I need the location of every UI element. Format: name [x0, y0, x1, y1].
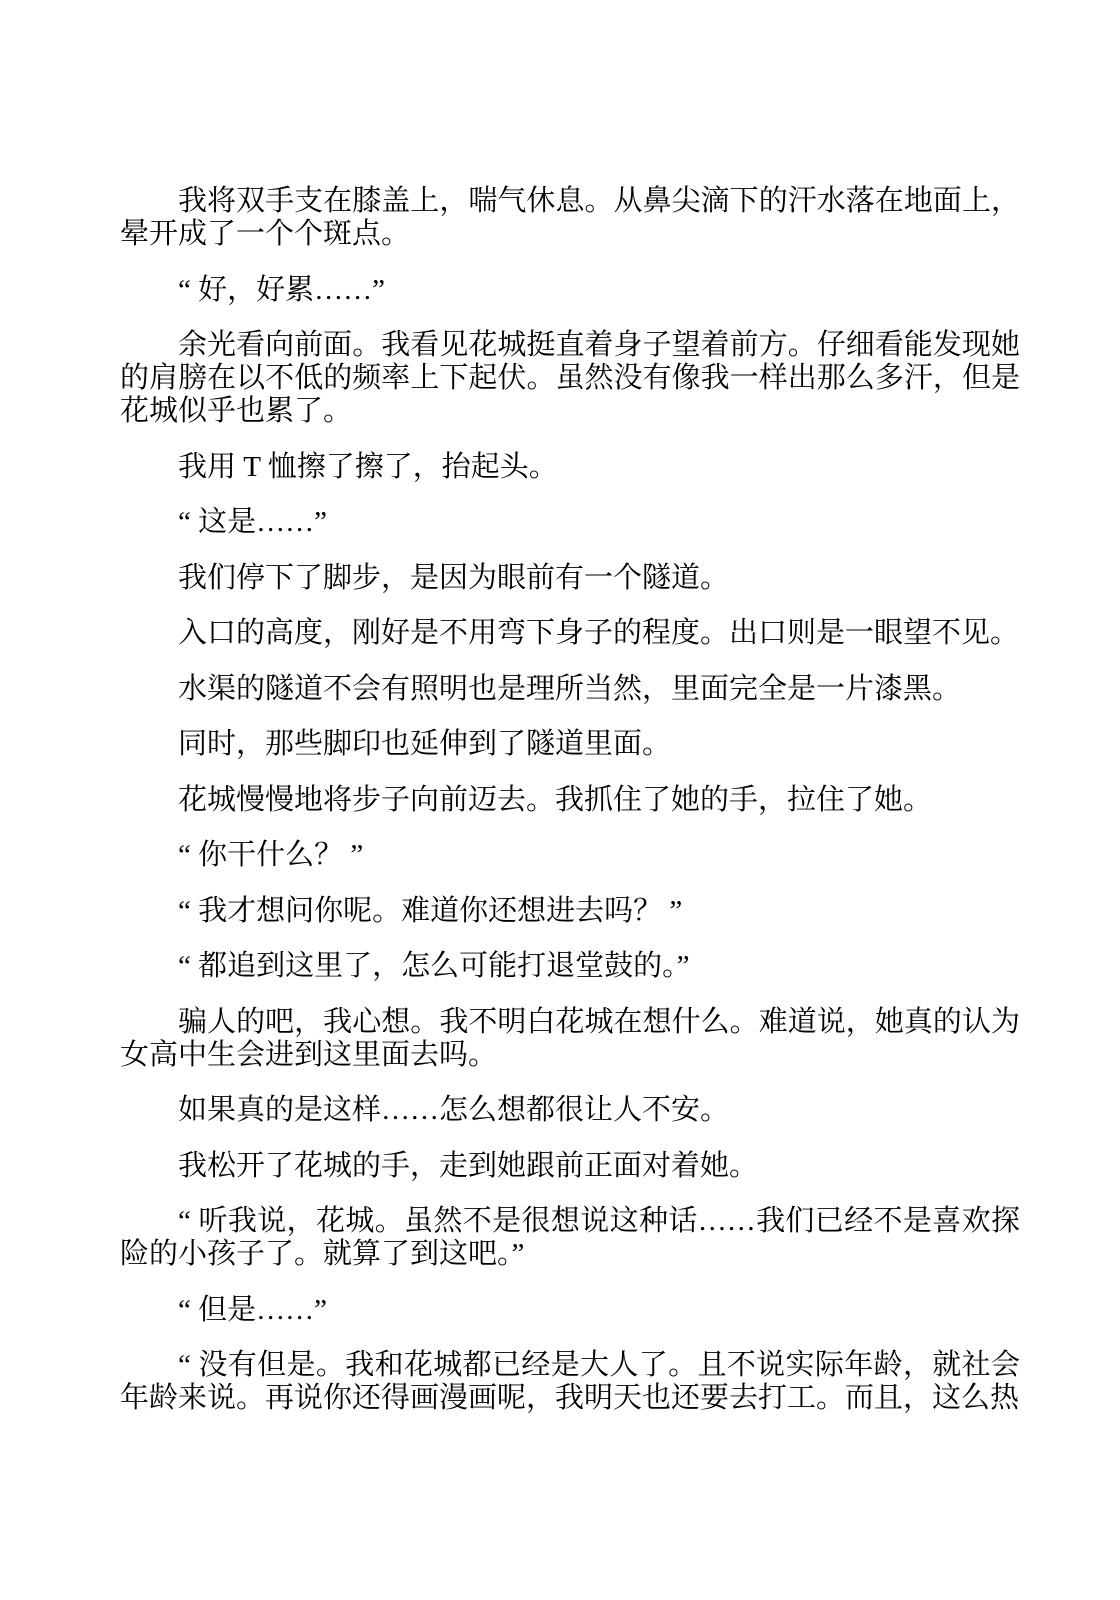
paragraph: 余光看向前面。我看见花城挺直着身子望着前方。仔细看能发现她的肩膀在以不低的频率上…	[120, 329, 1020, 428]
paragraph: 水渠的隧道不会有照明也是理所当然，里面完全是一片漆黑。	[120, 673, 1020, 706]
paragraph: 我将双手支在膝盖上，喘气休息。从鼻尖滴下的汗水落在地面上，晕开成了一个个斑点。	[120, 185, 1020, 251]
paragraph: 我们停下了脚步，是因为眼前有一个隧道。	[120, 562, 1020, 595]
text-content: 我将双手支在膝盖上，喘气休息。从鼻尖滴下的汗水落在地面上，晕开成了一个个斑点。“…	[120, 185, 1020, 1415]
document-page: 我将双手支在膝盖上，喘气休息。从鼻尖滴下的汗水落在地面上，晕开成了一个个斑点。“…	[0, 0, 1120, 1600]
paragraph: “ 好，好累……”	[120, 274, 1020, 307]
paragraph: “ 但是……”	[120, 1294, 1020, 1327]
paragraph: “ 你干什么？ ”	[120, 839, 1020, 872]
paragraph: 如果真的是这样……怎么想都很让人不安。	[120, 1094, 1020, 1127]
paragraph: “ 我才想问你呢。难道你还想进去吗？ ”	[120, 895, 1020, 928]
paragraph: 入口的高度，刚好是不用弯下身子的程度。出口则是一眼望不见。	[120, 617, 1020, 650]
paragraph: 我用 T 恤擦了擦了，抬起头。	[120, 451, 1020, 484]
paragraph: 骗人的吧，我心想。我不明白花城在想什么。难道说，她真的认为女高中生会进到这里面去…	[120, 1006, 1020, 1072]
paragraph: “ 没有但是。我和花城都已经是大人了。且不说实际年龄，就社会年龄来说。再说你还得…	[120, 1349, 1020, 1415]
paragraph: “ 都追到这里了，怎么可能打退堂鼓的。”	[120, 950, 1020, 983]
paragraph: “ 听我说，花城。虽然不是很想说这种话……我们已经不是喜欢探险的小孩子了。就算了…	[120, 1205, 1020, 1271]
paragraph: 花城慢慢地将步子向前迈去。我抓住了她的手，拉住了她。	[120, 784, 1020, 817]
paragraph: 同时，那些脚印也延伸到了隧道里面。	[120, 728, 1020, 761]
paragraph: “ 这是……”	[120, 506, 1020, 539]
paragraph: 我松开了花城的手，走到她跟前正面对着她。	[120, 1150, 1020, 1183]
